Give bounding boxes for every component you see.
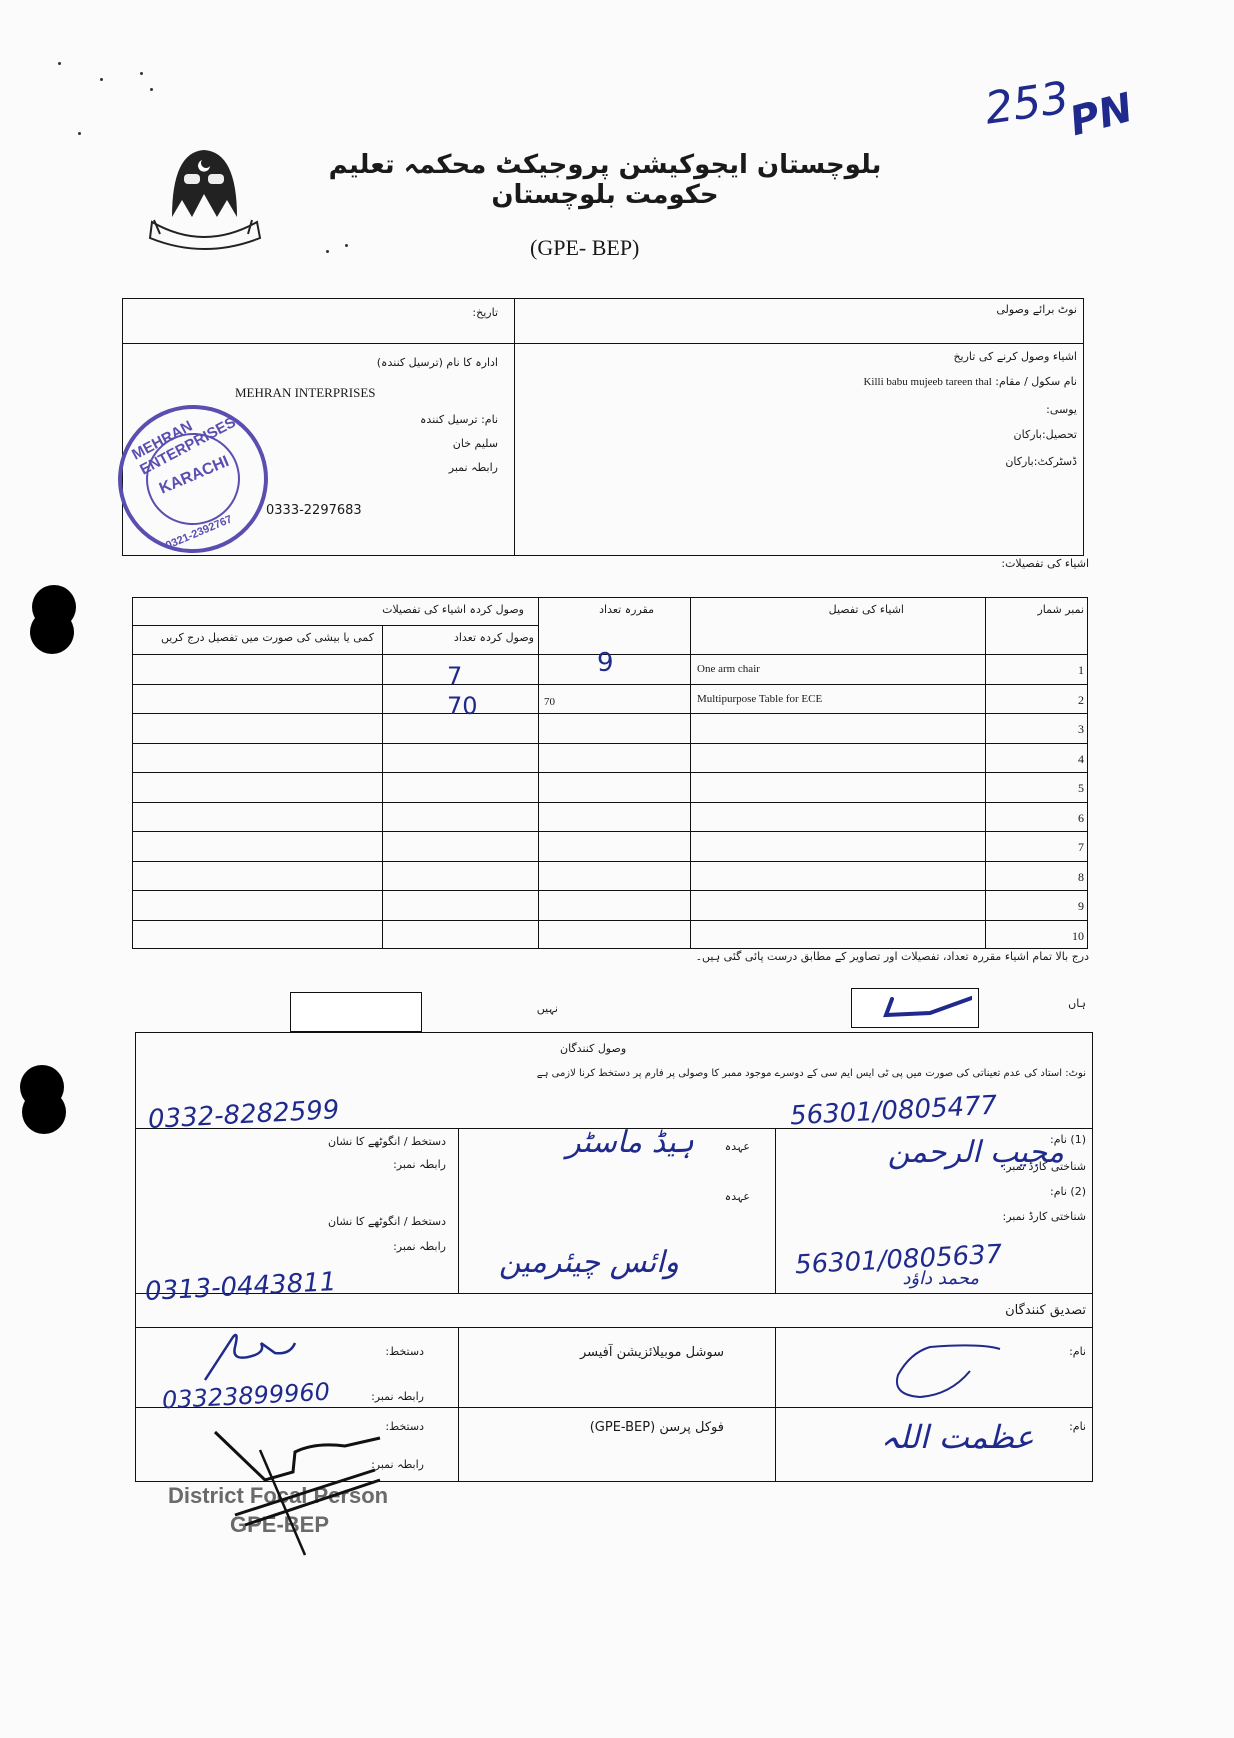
row-fixed-qty: 70 [544,696,555,708]
receiver2-cnic-label: شناختی کارڈ نمبر: [1003,1210,1086,1223]
checkmark-icon [852,989,972,1025]
verifier1-role: سوشل موبیلائزیشن آفیسر [580,1345,724,1360]
yes-checkbox[interactable] [851,988,979,1028]
page-number-annotation: 253 [982,72,1072,134]
header-subtitle: (GPE- BEP) [530,235,639,261]
row-serial: 8 [1078,870,1084,885]
row-serial: 2 [1078,693,1084,708]
row-serial: 9 [1078,899,1084,914]
header-shortage-note: کمی یا بیشی کی صورت میں تفصیل درج کریں [161,631,374,644]
punch-hole [22,1090,66,1134]
verifier1-contact-label: رابطہ نمبر: [371,1390,424,1403]
row-serial: 1 [1078,663,1084,678]
table-row: 10 [132,920,1088,950]
tehsil-value: بارکان [1014,428,1042,441]
receiver1-cnic-label: شناختی کارڈ نمبر: [1003,1160,1086,1173]
district-field: ڈسٹرکٹ:بارکان [1005,455,1077,468]
verifier2-name-handwritten: عظمت اللہ [881,1418,1034,1456]
institution-label: ادارہ کا نام (ترسیل کنندہ) [377,356,498,369]
receiver2-designation-handwritten: وائس چیئرمین [499,1245,679,1280]
row-serial: 6 [1078,811,1084,826]
items-section-title: اشیاء کی تفصیلات: [1001,557,1089,570]
institution-value: MEHRAN INTERPRISES [235,385,376,401]
header-received-details: وصول کردہ اشیاء کی تفصیلات [382,603,524,616]
sender-name-value: سلیم خان [453,437,498,450]
verifier1-name-label: نام: [1069,1345,1086,1358]
punch-hole [30,610,74,654]
focal-person-signature [205,1420,405,1560]
receiver1-designation-label: عہدہ [725,1140,750,1153]
header-title-urdu: بلوچستان ایجوکیشن پروجیکٹ محکمہ تعلیم حک… [320,150,890,210]
table-row: 9 [132,890,1088,920]
receivers-title: وصول کنندگان [560,1042,626,1055]
receiver2-signature-label: دستخط / انگوٹھے کا نشان [328,1215,446,1228]
row-serial: 5 [1078,781,1084,796]
verifier1-name-signature [870,1335,1020,1405]
date-label: تاریخ: [472,306,498,319]
receiver2-name-label: (2) نام: [1050,1185,1086,1198]
district-value: بارکان [1005,455,1033,468]
row-serial: 7 [1078,840,1084,855]
receipt-note-label: نوٹ برائے وصولی [996,303,1077,316]
row-fixed-qty-handwritten: 9 [597,648,614,678]
verifier2-name-label: نام: [1069,1420,1086,1433]
balochistan-emblem-logo [142,142,267,252]
sender-name-label: نام: ترسیل کنندہ [420,413,498,426]
table-row: 1 One arm chair 9 7 [132,654,1088,684]
receiver1-signature-label: دستخط / انگوٹھے کا نشان [328,1135,446,1148]
verifiers-title: تصدیق کنندگان [1005,1303,1086,1318]
row-serial: 10 [1072,929,1084,944]
no-checkbox[interactable] [290,992,422,1032]
district-label: ڈسٹرکٹ: [1034,455,1077,468]
contact-value: 0333-2297683 [266,503,362,518]
uc-label: یوسی: [1046,403,1077,416]
tehsil-label: تحصیل: [1042,428,1077,441]
table-row: 5 [132,772,1088,802]
row-serial: 4 [1078,752,1084,767]
school-field: نام سکول / مقام: Killi babu mujeeb taree… [863,375,1077,388]
row-description: Multipurpose Table for ECE [697,693,822,705]
row-serial: 3 [1078,722,1084,737]
table-row: 2 Multipurpose Table for ECE 70 70 [132,684,1088,714]
header-fixed-qty: مقررہ تعداد [599,603,654,616]
receiver2-designation-label: عہدہ [725,1190,750,1203]
yes-label: ہاں [1068,997,1086,1010]
table-row: 7 [132,831,1088,861]
receivers-note: نوٹ: استاد کی عدم تعیناتی کی صورت میں پی… [537,1068,1086,1079]
receiver1-contact-label: رابطہ نمبر: [393,1158,446,1171]
table-row: 4 [132,743,1088,773]
school-label: نام سکول / مقام: [995,375,1077,388]
confirmation-statement: درج بالا تمام اشیاء مقررہ تعداد، تفصیلات… [696,950,1089,963]
page-initials-annotation: PN [1065,85,1138,146]
receiver1-designation-handwritten: ہیڈ ماسٹر [566,1125,694,1160]
receiving-date-label: اشیاء وصول کرنے کی تاریخ [953,350,1077,363]
table-row: 6 [132,802,1088,832]
receiver2-contact-label: رابطہ نمبر: [393,1240,446,1253]
verifier2-role: فوکل پرسن (GPE-BEP) [590,1420,724,1435]
tehsil-field: تحصیل:بارکان [1014,428,1077,441]
header-serial: نمبر شمار [1037,603,1084,616]
table-row: 3 [132,713,1088,743]
verifier1-signature-label: دستخط: [385,1345,424,1358]
receiver2-name-handwritten: محمد داؤد [902,1268,979,1289]
school-value: Killi babu mujeeb tareen thal [863,376,991,388]
header-description: اشیاء کی تفصیل [829,603,904,616]
verifier1-signature [195,1325,315,1385]
contact-label: رابطہ نمبر [449,461,498,474]
row-description: One arm chair [697,663,760,675]
header-received-qty: وصول کردہ تعداد [454,631,534,644]
table-row: 8 [132,861,1088,891]
no-label: نہیں [537,1002,558,1015]
